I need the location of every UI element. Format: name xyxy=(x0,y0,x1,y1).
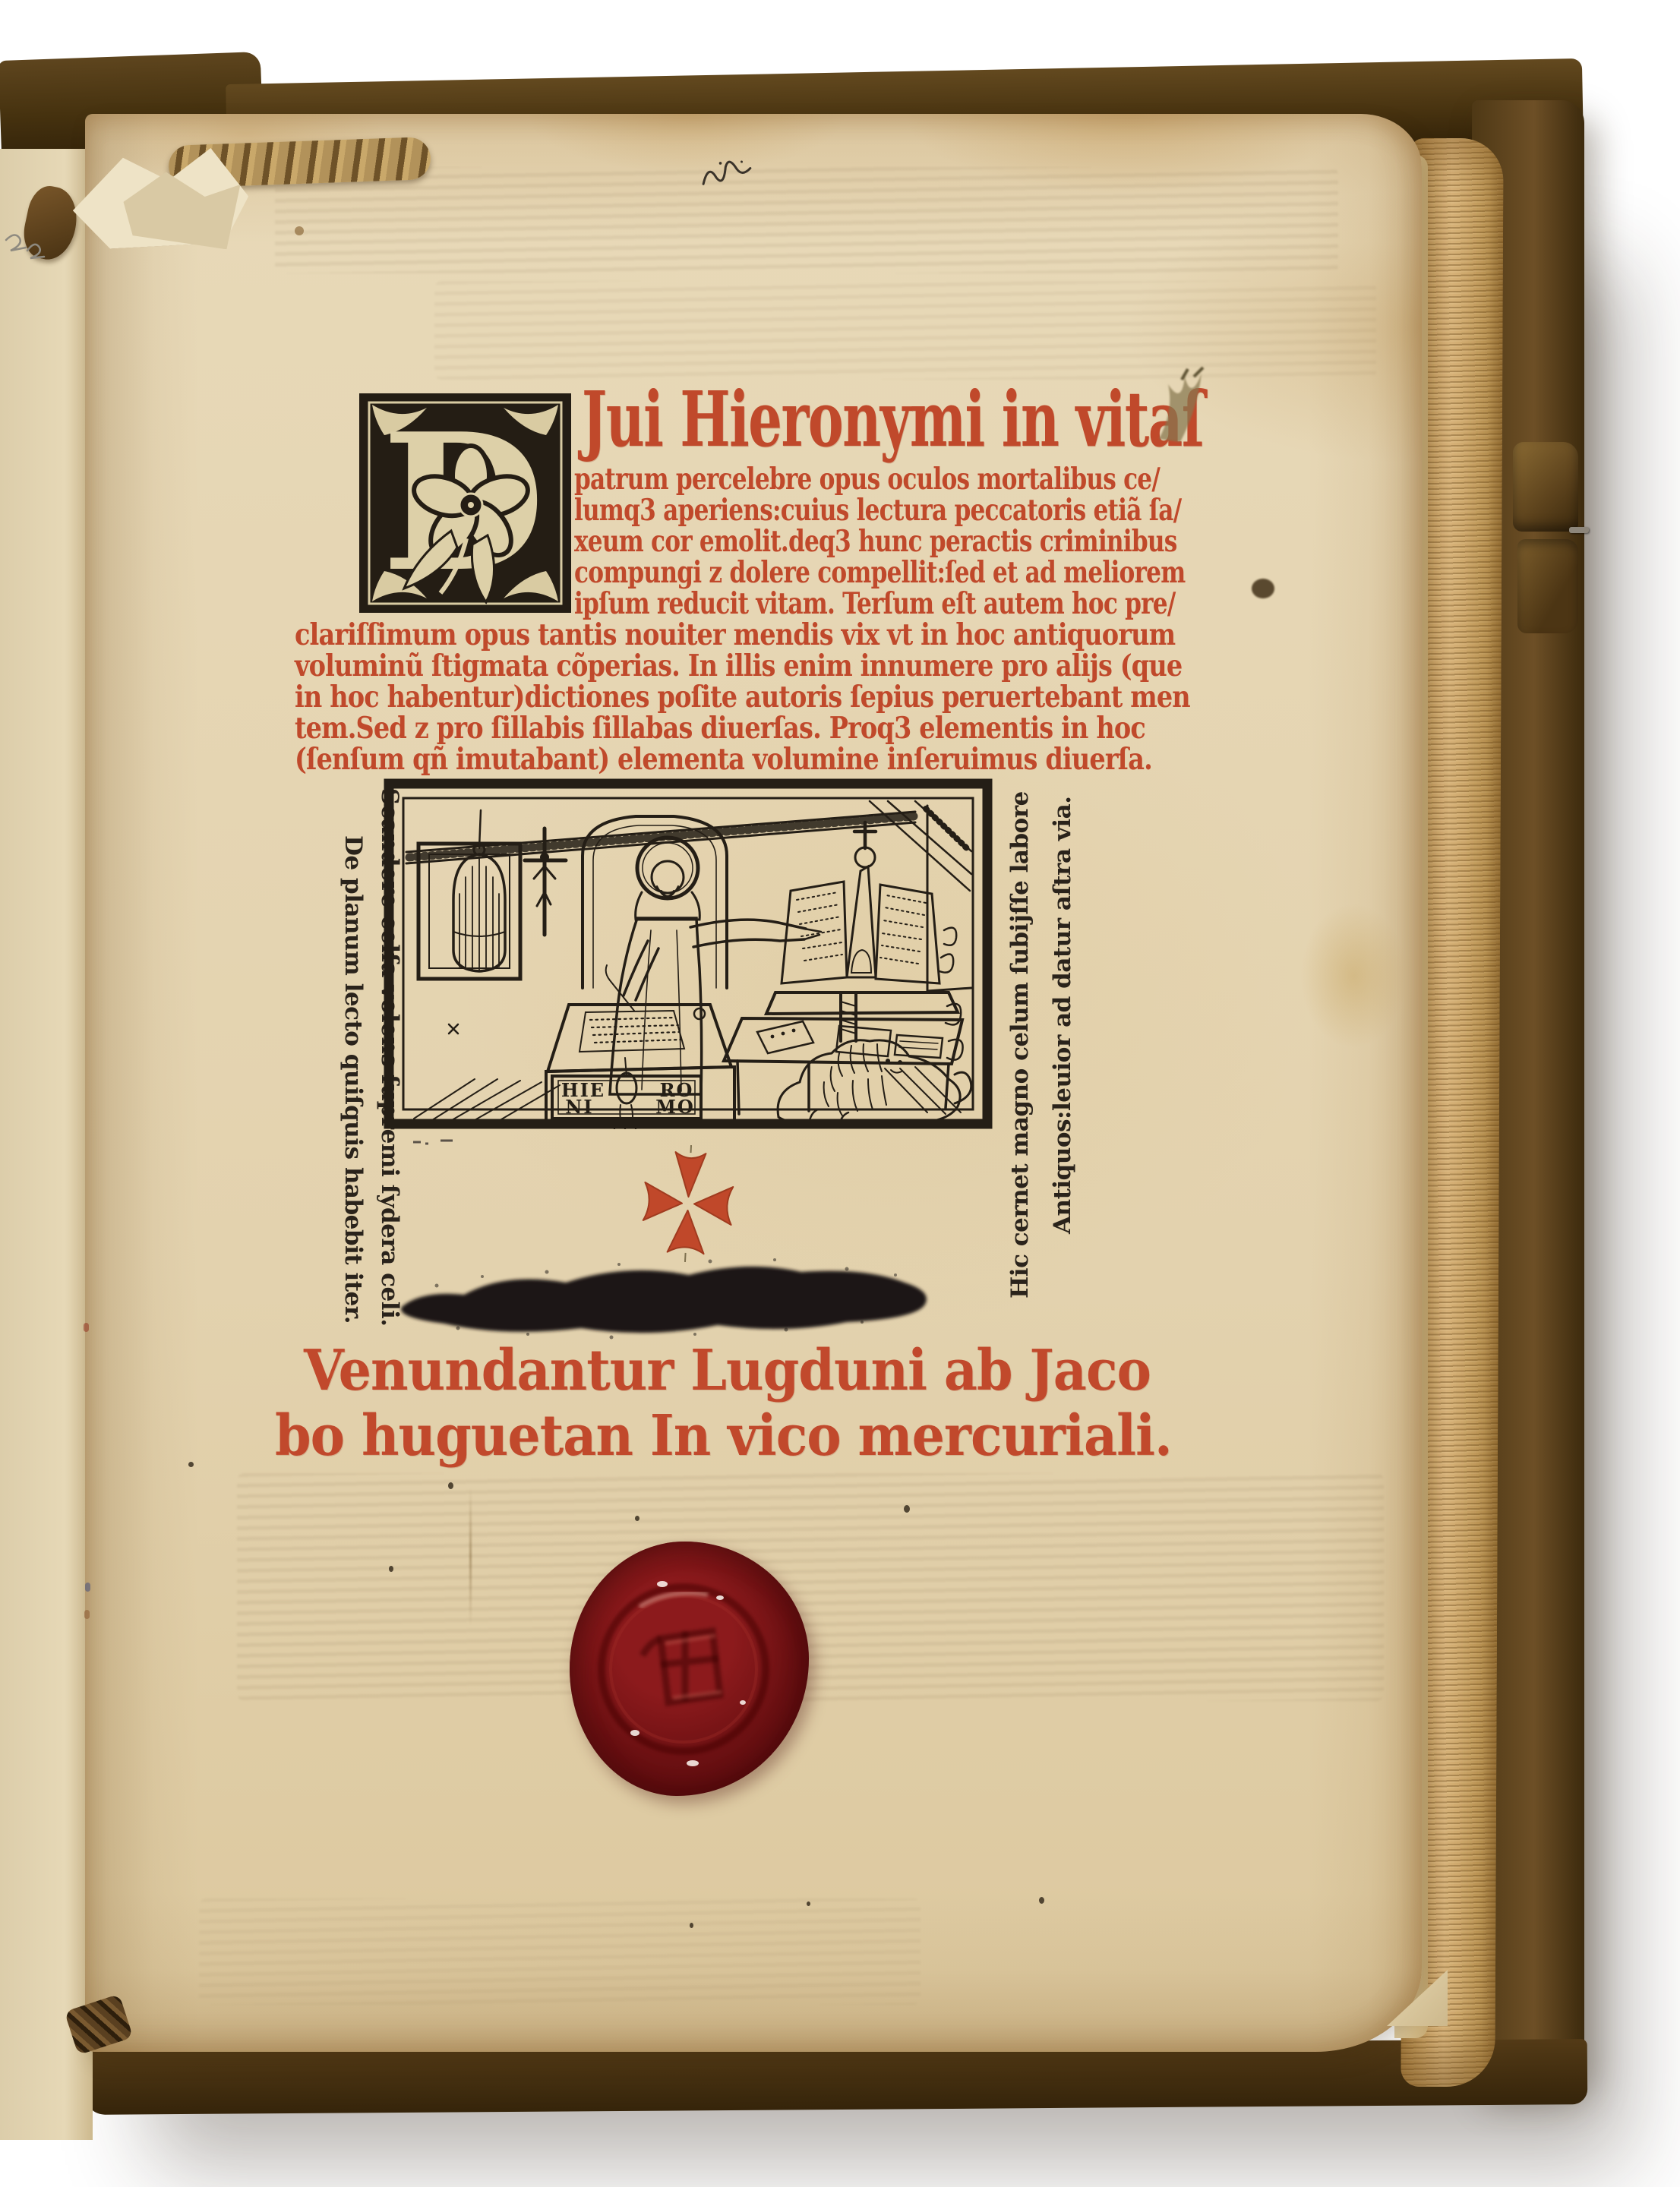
title-line: compungi z dolere compellit:ſed et ad me… xyxy=(574,558,1185,588)
plaque-text-mo: MO xyxy=(655,1096,694,1118)
text-show-through xyxy=(275,167,1338,273)
ink-speck xyxy=(904,1505,910,1513)
title-line: tem.Sed z pro ſillabis ſillabas diuerſas… xyxy=(295,714,1145,743)
saint-jerome-study-woodcut: HIE RO NI MO xyxy=(384,778,993,1129)
text-show-through xyxy=(199,1898,921,2005)
clasp-remnant xyxy=(1510,442,1583,636)
title-line: in hoc habentur)dictiones poſite autoris… xyxy=(295,683,1190,712)
title-line: ipſum reducit vitam. Terſum eſt autem ho… xyxy=(574,589,1175,619)
title-line: clariſſimum opus tantis nouiter mendis v… xyxy=(295,620,1175,650)
sewing-stitch xyxy=(85,1583,90,1592)
dog-eared-corner xyxy=(1387,1970,1448,2026)
black-ink-smudge xyxy=(391,1249,942,1348)
title-line: patrum percelebre opus oculos mortalibus… xyxy=(574,465,1160,494)
ink-speck xyxy=(389,1566,393,1572)
flyleaf-at-gutter xyxy=(0,149,93,2140)
marginal-verse-left-2: De planum lecto quiſquis habebit iter. xyxy=(336,835,371,1324)
ink-blot xyxy=(1252,579,1274,598)
clasp-leather-lower xyxy=(1517,539,1578,633)
yellow-stain xyxy=(1300,904,1407,1048)
ink-speck xyxy=(448,1482,453,1489)
title-line: voluminũ ſtigmata cõperias. In illis eni… xyxy=(295,652,1182,681)
clasp-metal-pin xyxy=(1569,527,1589,533)
title-line: lumq3 aperiens:cuius lectura peccatoris … xyxy=(574,496,1181,525)
red-wax-seal xyxy=(570,1542,809,1796)
imprint-line-1: Venundantur Lugduni ab Jaco xyxy=(304,1343,1151,1399)
ink-speck xyxy=(690,1923,693,1928)
photo-of-incunable-title-page: D Jui Hieronymi in vitaſ xyxy=(0,0,1680,2187)
imprint-line-2: bo huguetan In vico mercuriali. xyxy=(275,1408,1172,1464)
text-show-through xyxy=(434,281,1376,380)
title-line: xeum cor emolit.deq3 hunc peractis crimi… xyxy=(574,527,1177,557)
sewing-stitch xyxy=(84,1610,90,1619)
marginal-verse-right-1: Hic cernet magno celum ſubĳſſe labore xyxy=(1003,791,1037,1299)
pencil-mark xyxy=(0,225,49,273)
printers-marks xyxy=(410,1136,463,1148)
clasp-leather-upper xyxy=(1513,442,1578,532)
woodcut-initial-d: D xyxy=(357,391,573,615)
ink-speck xyxy=(188,1462,194,1467)
title-page-leaf: D Jui Hieronymi in vitaſ xyxy=(85,114,1422,2052)
marginal-verse-right-2: Antiquos:leuior ad datur aſtra via. xyxy=(1045,796,1080,1234)
fox-spot xyxy=(295,226,304,235)
ink-speck xyxy=(1039,1897,1044,1904)
plaque-text-ni: NI xyxy=(565,1096,593,1118)
paper-crease xyxy=(469,1488,472,1625)
ink-speck xyxy=(635,1516,639,1521)
title-line: (ſenſum qñ imutabant) elementa volumine … xyxy=(295,745,1152,775)
title-heading: Jui Hieronymi in vitaſ xyxy=(582,381,1204,457)
ink-speck xyxy=(807,1901,810,1906)
ink-flourish-smudge xyxy=(1148,363,1224,454)
text-show-through xyxy=(237,1473,1384,1701)
sewing-stitch xyxy=(84,1323,89,1332)
